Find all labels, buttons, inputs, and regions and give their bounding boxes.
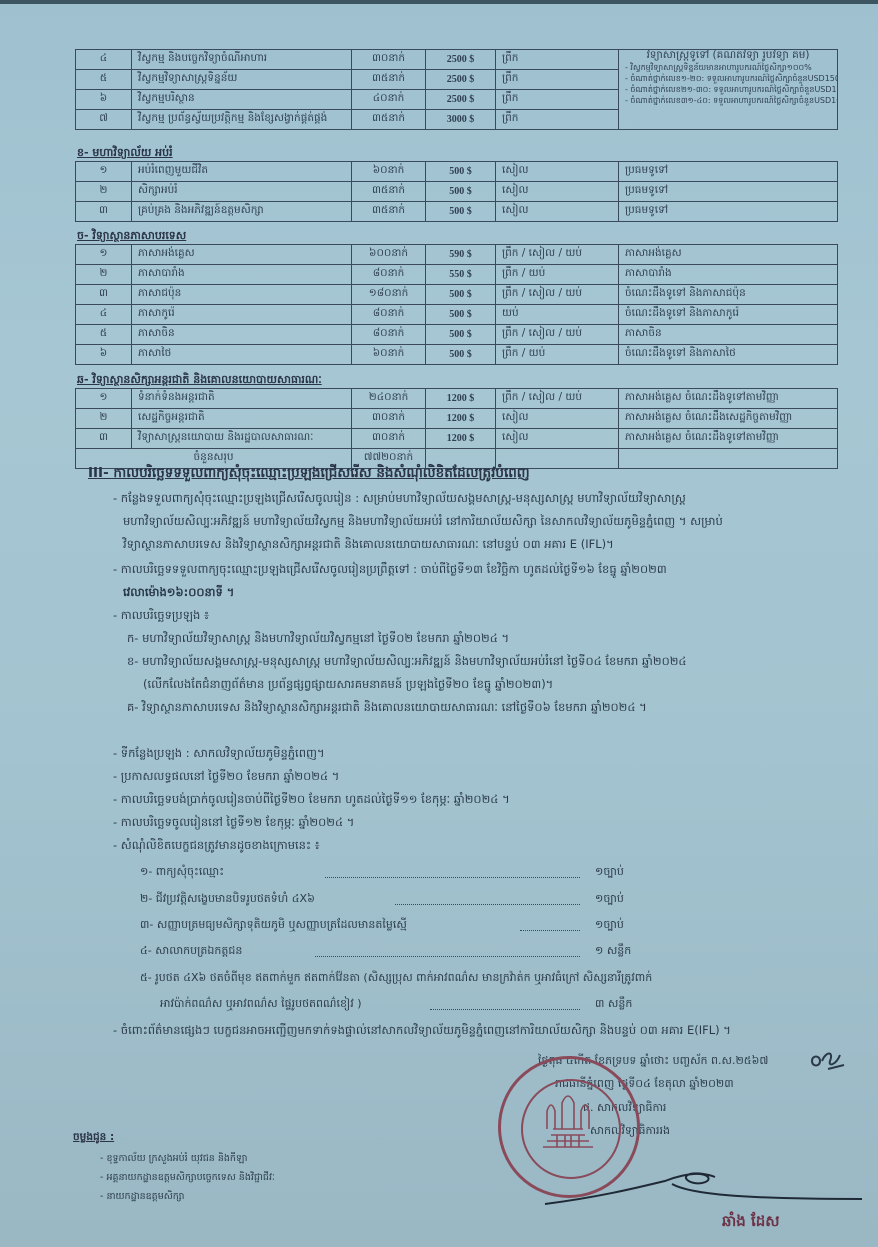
table-row: ៤ វិស្វកម្ម និងបច្ចេកវិទ្យាចំណីអាហារ ៣០ន… xyxy=(76,50,838,70)
paragraph-exam-dates: - កាលបរិច្ឆេទប្រឡង ៖ ក- មហាវិទ្យាល័យវិទ្… xyxy=(113,604,853,719)
required-doc-5-cont: អាវប៉ាក់ពណ៌ស ឬអាវពណ៌ស ផ្ទៃរូបថតពណ៌ខៀវ ) xyxy=(160,997,361,1013)
scholarship-note: វិទ្យាសាស្ត្រទូទៅ (គណិតវិទ្យា រូបវិទ្យា … xyxy=(619,50,838,130)
cc-title: ចម្លងជូន : xyxy=(73,1131,114,1146)
table-row: ១ អប់រំពេញមួយជីវិត ៦០នាក់ 500 $ សៀល ប្រធ… xyxy=(76,162,838,182)
required-doc-2-count: ១ច្បាប់ xyxy=(595,892,624,908)
dotted-leader xyxy=(430,1009,580,1010)
section-title-foreign-languages: ច- វិទ្យាស្ថានភាសាបរទេស xyxy=(77,229,186,245)
table-row: ៣ គ្រប់គ្រង និងអភិវឌ្ឍន៍ឧត្តមសិក្សា ៣៥នា… xyxy=(76,202,838,222)
dotted-leader xyxy=(315,956,580,957)
table-row: ២ ភាសាបារាំង ៨០នាក់ 550 $ ព្រឹក / យប់ ភា… xyxy=(76,265,838,285)
table-row: ៥ ភាសាចិន ៨០នាក់ 500 $ ព្រឹក / សៀល / យប់… xyxy=(76,325,838,345)
required-doc-5-count: ៣ សន្លឹក xyxy=(595,997,632,1013)
signatory-name: ឆាំង ដែស xyxy=(722,1212,780,1234)
angkor-temple-icon xyxy=(533,1089,603,1149)
initials-mark-icon xyxy=(808,1047,848,1073)
table-row: ៦ ភាសាថៃ ៦០នាក់ 500 $ ព្រឹក / យប់ ចំណេះដ… xyxy=(76,345,838,365)
required-doc-1: ១- ពាក្យសុំចុះឈ្មោះ xyxy=(140,865,224,881)
table-foreign-languages: ១ ភាសាអង់គ្លេស ៦០០នាក់ 590 $ ព្រឹក / សៀល… xyxy=(75,244,838,365)
table-engineering-continued: ៤ វិស្វកម្ម និងបច្ចេកវិទ្យាចំណីអាហារ ៣០ន… xyxy=(75,49,838,130)
required-doc-2: ២- ជីវប្រវត្តិសង្ខេបមានបិទរូបថតទំហំ ៤X៦ xyxy=(140,892,315,908)
paragraph-contact-info: - ចំពោះព័ត៌មានផ្សេងៗ បេក្ខជនអាចអញ្ជើញមកទ… xyxy=(113,1019,873,1042)
section-title-education: ខ- មហាវិទ្យាល័យ អប់រំ xyxy=(77,146,173,162)
cc-item: - អគ្គនាយកដ្ឋានឧត្តមសិក្សាបច្ចេកទេស និងវ… xyxy=(100,1171,275,1185)
required-doc-3-count: ១ច្បាប់ xyxy=(595,918,624,934)
document-page: ៤ វិស្វកម្ម និងបច្ចេកវិទ្យាចំណីអាហារ ៣០ន… xyxy=(0,4,878,1247)
table-education: ១ អប់រំពេញមួយជីវិត ៦០នាក់ 500 $ សៀល ប្រធ… xyxy=(75,161,838,222)
cc-item: - ខុទ្ទកាល័យ ក្រសួងអប់រំ យុវជន និងកីឡា xyxy=(100,1152,248,1166)
required-doc-5: ៥- រូបថត ៤X៦ ថតចំពីមុខ ឥតពាក់មួក ឥតពាក់វ… xyxy=(140,971,652,987)
dotted-leader xyxy=(520,930,580,931)
cc-item: - នាយកដ្ឋានឧត្តមសិក្សា xyxy=(100,1190,185,1204)
required-doc-4: ៤- សាលាកបត្រឯកត្តជន xyxy=(140,944,242,960)
paragraph-application-period: - កាលបរិច្ឆេទទទួលពាក្យចុះឈ្មោះប្រឡងជ្រើស… xyxy=(113,558,853,604)
table-row: ២ សិក្សាអប់រំ ៣៥នាក់ 500 $ សៀល ប្រធមទូទៅ xyxy=(76,182,838,202)
required-doc-4-count: ១ សន្លឹក xyxy=(595,944,631,960)
dotted-leader xyxy=(325,877,580,878)
table-row: ៤ ភាសាកូរ៉េ ៨០នាក់ 500 $ យប់ ចំណេះដឹងទូទ… xyxy=(76,305,838,325)
table-row: ២ សេដ្ឋកិច្ចអន្តរជាតិ ៣០នាក់ 1200 $ សៀល … xyxy=(76,409,838,429)
table-row: ១ ទំនាក់ទំនងអន្តរជាតិ ២៤០នាក់ 1200 $ ព្រ… xyxy=(76,389,838,409)
section-heading-iii: III- កាលបរិច្ឆេទទទួលពាក្យសុំចុះឈ្មោះប្រឡ… xyxy=(88,464,530,484)
required-doc-3: ៣- សញ្ញាបត្រមធ្យមសិក្សាទុតិយភូមិ ឬសញ្ញាប… xyxy=(140,918,407,934)
table-row: ៣ វិទ្យាសាស្ត្រនយោបាយ និងរដ្ឋបាលសាធារណៈ … xyxy=(76,429,838,449)
table-row: ១ ភាសាអង់គ្លេស ៦០០នាក់ 590 $ ព្រឹក / សៀល… xyxy=(76,245,838,265)
signature-stroke xyxy=(540,1169,870,1209)
dotted-leader xyxy=(395,904,580,905)
paragraph-key-dates: - ទីកន្លែងប្រឡង : សាកលវិទ្យាល័យភូមិន្ទភ្… xyxy=(113,742,853,857)
table-international-studies: ១ ទំនាក់ទំនងអន្តរជាតិ ២៤០នាក់ 1200 $ ព្រ… xyxy=(75,388,838,469)
table-row: ៣ ភាសាជប៉ុន ១៨០នាក់ 500 $ ព្រឹក / សៀល / … xyxy=(76,285,838,305)
required-doc-1-count: ១ច្បាប់ xyxy=(595,865,624,881)
paragraph-application-location: - កន្លែងទទួលពាក្យសុំចុះឈ្មោះប្រឡងជ្រើសរើ… xyxy=(113,487,853,556)
section-title-international-studies: ឆ- វិទ្យាស្ថានសិក្សាអន្តរជាតិ និងគោលនយោប… xyxy=(77,373,322,389)
